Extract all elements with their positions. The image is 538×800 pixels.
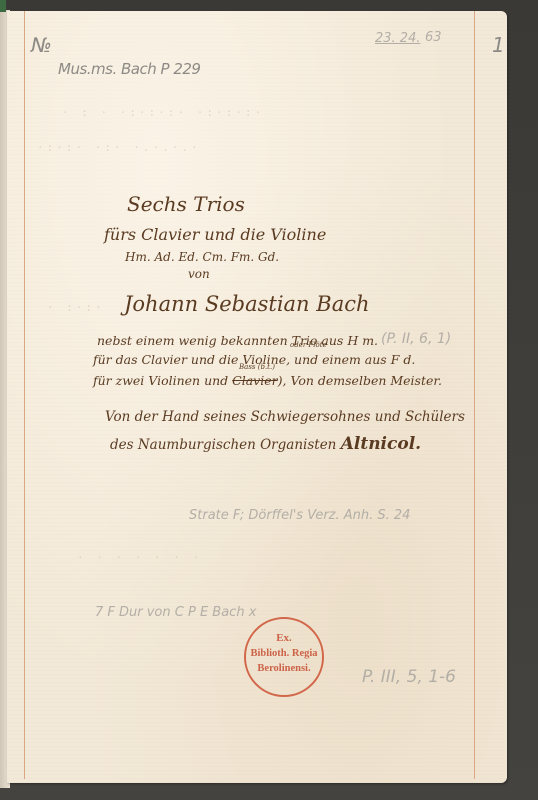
composer-name: Johann Sebastian Bach (124, 292, 370, 316)
right-margin-rule (474, 11, 475, 779)
title-line-10-text: des Naumburgischen Organisten (110, 437, 336, 453)
attribution-note: 7 F Dur von C P E Bach x (95, 605, 256, 620)
bleed-through-notes: ·:·:· ·:· ·.·.·.· (37, 141, 201, 154)
pencil-reference: (P. II, 6, 1) (381, 331, 451, 347)
title-line-8-end: ), Von demselben Meister. (278, 373, 442, 388)
title-line-6: nebst einem wenig bekannten Trio aus H m… (97, 333, 378, 348)
manuscript-page: · : · ·:·:·:· ·:·:·:· ·:·:· ·:· ·.·.·.· … (7, 11, 507, 783)
folio-number: 1 (492, 33, 505, 57)
title-line-8-start: für zwei Violinen und (93, 373, 228, 388)
title-line-6-above: oder Flöte (290, 341, 327, 349)
pencil-mark: № (31, 33, 52, 57)
title-line-2: fürs Clavier und die Violine (104, 225, 326, 244)
stamp-line-1: Ex. (246, 631, 322, 646)
left-margin-rule (24, 11, 25, 779)
stamp-line-2: Biblioth. Regia (246, 646, 322, 661)
pencil-numbers: 23. 24. (375, 31, 420, 46)
bottom-reference: P. III, 5, 1-6 (362, 667, 456, 687)
shelfmark: Mus.ms. Bach P 229 (58, 60, 200, 78)
library-stamp: Ex. Biblioth. Regia Berolinensi. (244, 617, 324, 697)
struck-word: Clavier (232, 373, 277, 388)
bleed-through-notes: · :·:· (47, 301, 105, 314)
copyist-name: Altnicol. (341, 434, 421, 454)
title-line-8-above: Bass (b.t.) (239, 363, 275, 371)
title-line-1: Sechs Trios (127, 192, 245, 216)
pencil-number: 63 (425, 30, 442, 45)
binding-tab (0, 0, 6, 12)
title-line-8: für zwei Violinen und Clavier), Von dems… (93, 373, 442, 388)
title-keys: Hm. Ad. Ed. Cm. Fm. Gd. (125, 250, 279, 264)
title-line-10: des Naumburgischen Organisten Altnicol. (110, 434, 421, 454)
bleed-through-notes: · : · ·:·:·:· ·:·:·:· (62, 106, 264, 119)
stamp-line-3: Berolinensi. (246, 661, 322, 676)
title-line-9: Von der Hand seines Schwiegersohnes und … (105, 409, 465, 425)
catalog-note: Strate F; Dörffel's Verz. Anh. S. 24 (189, 508, 410, 523)
title-von: von (188, 267, 210, 281)
bleed-through-notes: · · · · · · · (77, 551, 202, 564)
